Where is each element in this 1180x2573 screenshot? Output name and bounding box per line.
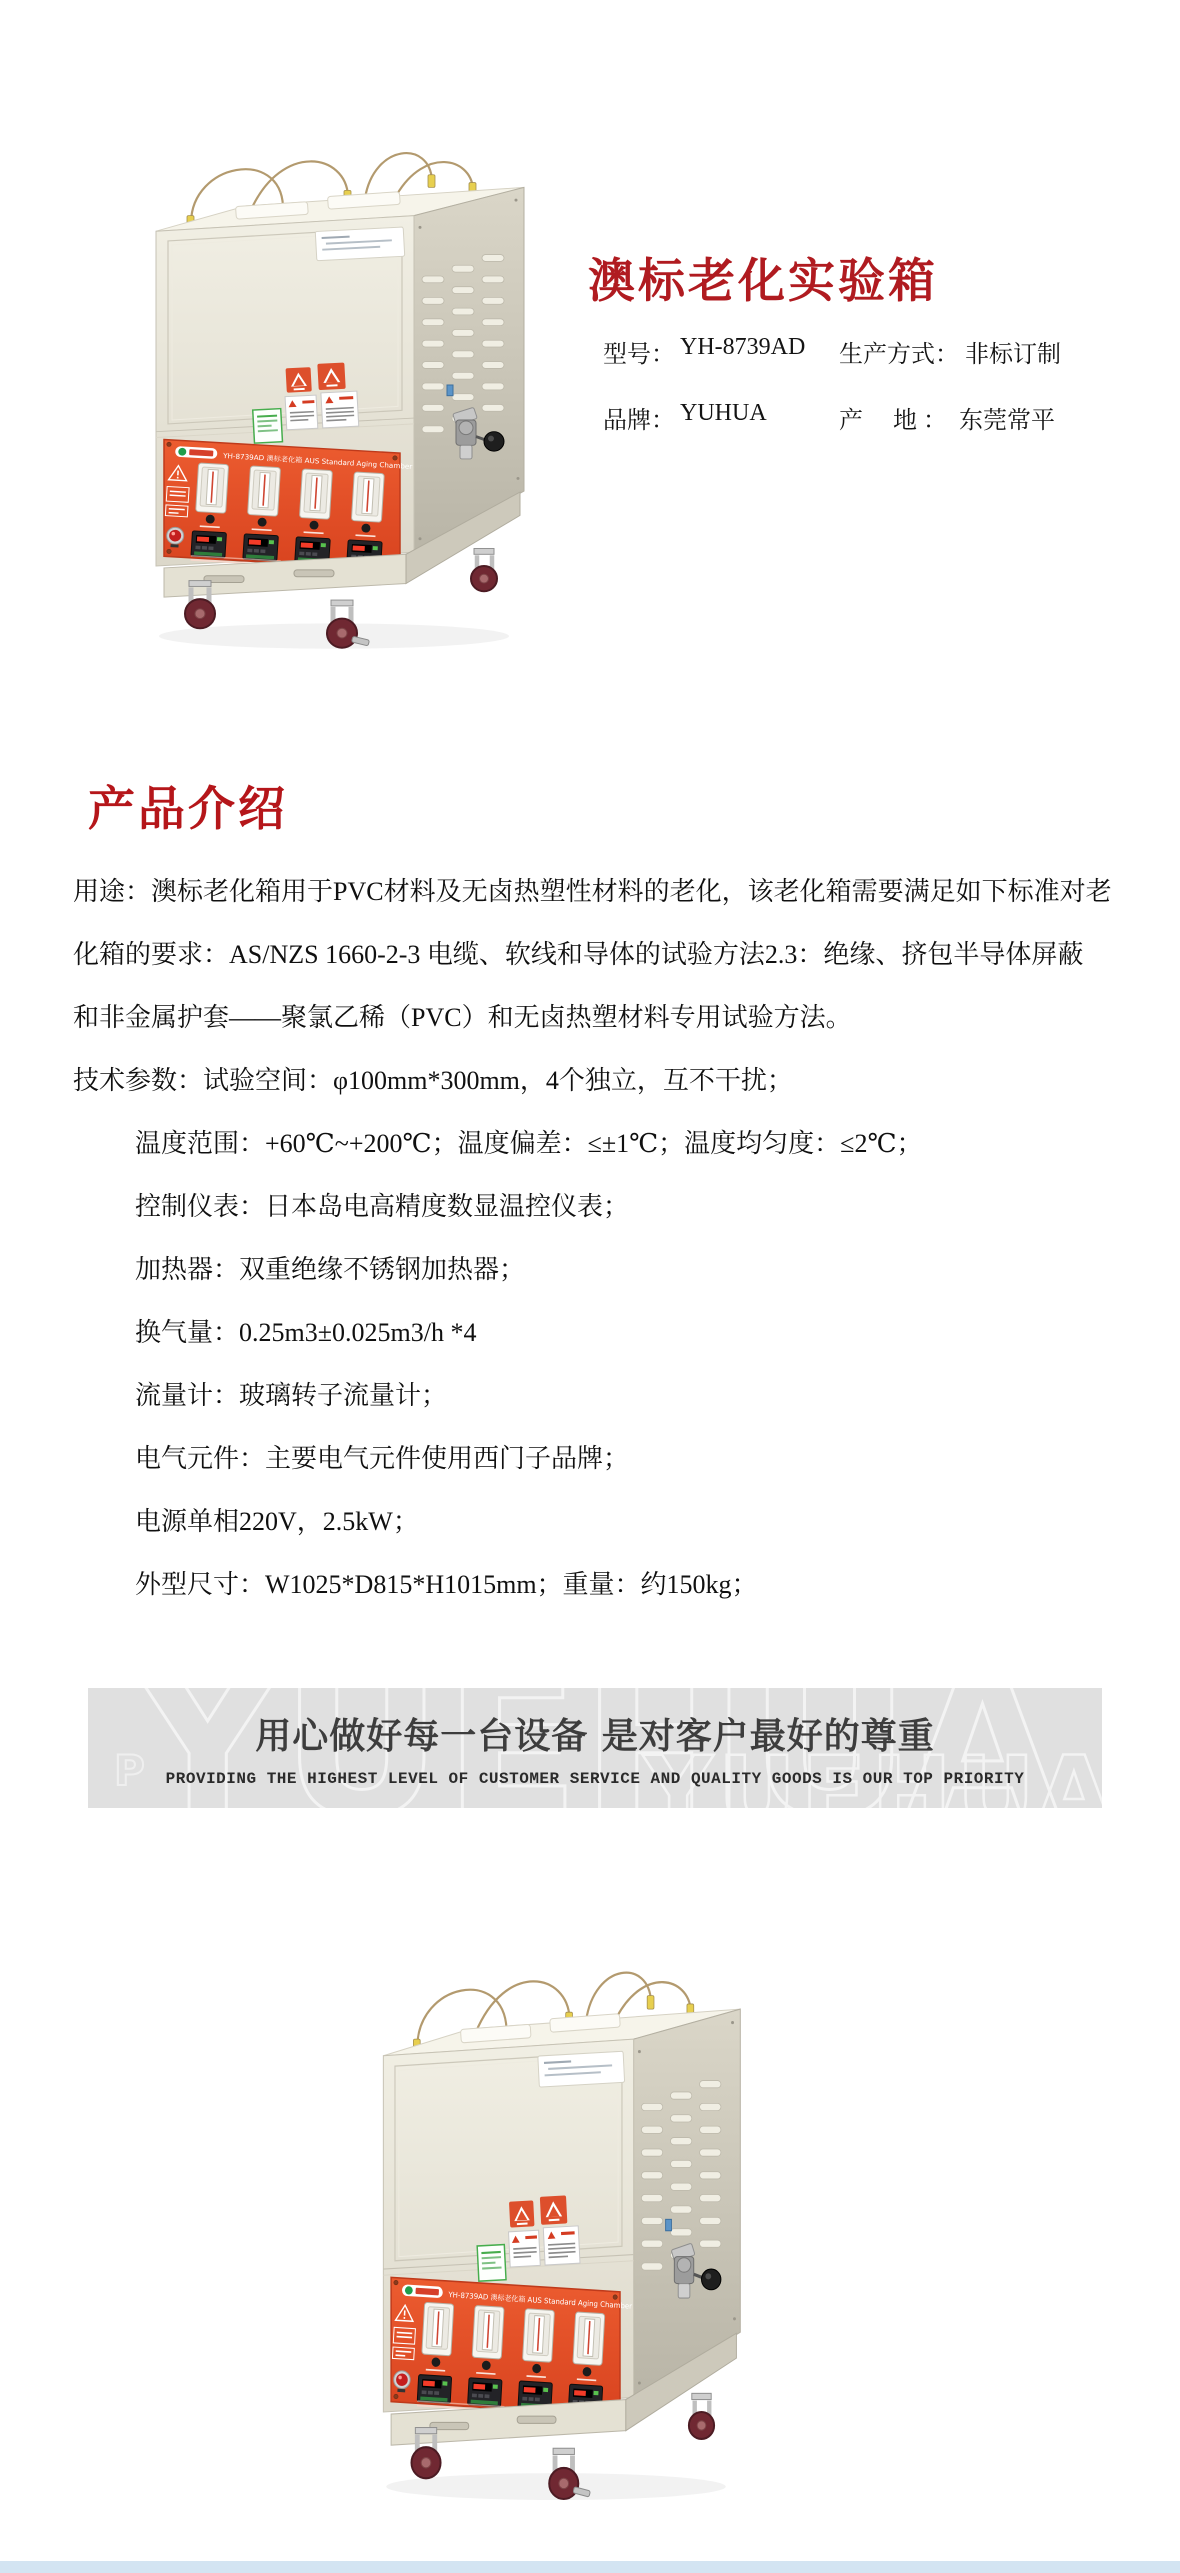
intro-body: 用途：澳标老化箱用于PVC材料及无卤热塑性材料的老化，该老化箱需要满足如下标准对… — [73, 858, 1118, 1614]
product-image-bottom — [362, 1948, 750, 2528]
product-image-top — [134, 130, 534, 675]
intro-line: 用途：澳标老化箱用于PVC材料及无卤热塑性材料的老化，该老化箱需要满足如下标准对… — [73, 858, 1118, 921]
intro-line: 温度范围：+60℃~+200℃；温度偏差：≤±1℃；温度均匀度：≤2℃； — [73, 1110, 1118, 1173]
slogan-banner: YUEHUA P YUEHUA 用心做好每一台设备 是对客户最好的尊重 PROV… — [88, 1688, 1102, 1808]
brand-value: YUHUA — [680, 400, 767, 427]
aging-chamber-illustration — [362, 1948, 750, 2528]
model-label: 型号： — [603, 334, 675, 369]
intro-line: 电气元件：主要电气元件使用西门子品牌； — [73, 1425, 1118, 1488]
product-page: 澳标老化实验箱 型号： YH-8739AD 生产方式： 非标订制 品牌： YUH… — [0, 0, 1180, 2573]
product-title: 澳标老化实验箱 — [588, 244, 938, 311]
intro-heading: 产品介绍 — [88, 772, 288, 839]
slogan-chinese: 用心做好每一台设备 是对客户最好的尊重 — [88, 1708, 1102, 1759]
model-value: YH-8739AD — [680, 334, 805, 361]
intro-line: 加热器：双重绝缘不锈钢加热器； — [73, 1236, 1118, 1299]
intro-line: 技术参数：试验空间：φ100mm*300mm，4个独立，互不干扰； — [73, 1047, 1118, 1110]
bottom-divider-bar — [0, 2561, 1180, 2573]
intro-line: 换气量：0.25m3±0.025m3/h *4 — [73, 1299, 1118, 1362]
aging-chamber-illustration — [134, 130, 534, 675]
brand-label: 品牌： — [603, 400, 675, 435]
intro-line: 流量计：玻璃转子流量计； — [73, 1362, 1118, 1425]
intro-line: 化箱的要求：AS/NZS 1660-2-3 电缆、软线和导体的试验方法2.3：绝… — [73, 921, 1118, 984]
origin-label: 产 地 ： — [839, 400, 947, 435]
production-method-value: 非标订制 — [965, 334, 1061, 369]
intro-line: 电源单相220V，2.5kW； — [73, 1488, 1118, 1551]
slogan-english: PROVIDING THE HIGHEST LEVEL OF CUSTOMER … — [88, 1770, 1102, 1788]
intro-line: 控制仪表：日本岛电高精度数显温控仪表； — [73, 1173, 1118, 1236]
origin-value: 东莞常平 — [959, 400, 1055, 435]
intro-line: 和非金属护套——聚氯乙稀（PVC）和无卤热塑材料专用试验方法。 — [73, 984, 1118, 1047]
production-method-label: 生产方式： — [839, 334, 959, 369]
intro-line: 外型尺寸：W1025*D815*H1015mm；重量：约150kg； — [73, 1551, 1118, 1614]
